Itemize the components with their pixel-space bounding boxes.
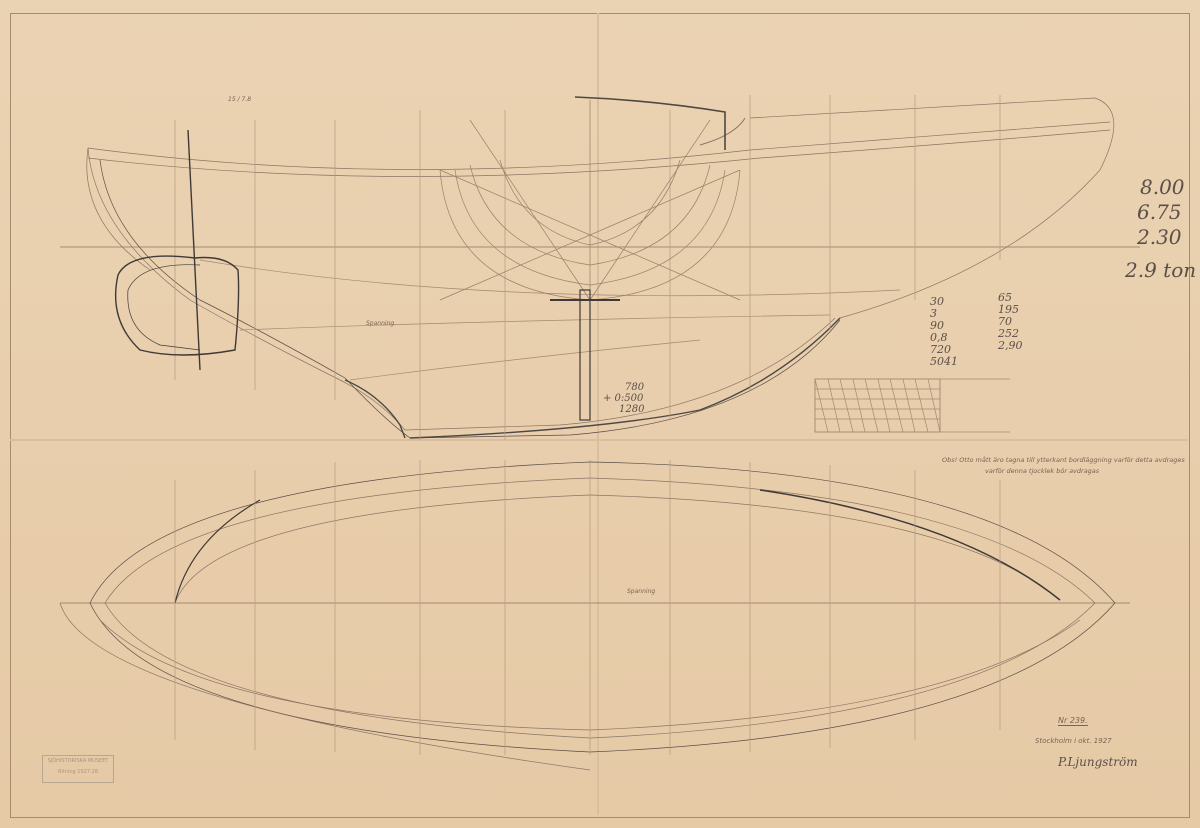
archive-stamp: SJÖHISTORISKA MUSEET Ritning 1927:28 [42,755,114,783]
drawing-number: Nr 239. [1058,716,1088,726]
stamp-line: SJÖHISTORISKA MUSEET [43,756,113,767]
beam-dim: 2.30 [1137,225,1182,249]
lines-plan-drawing [0,0,1200,828]
note-line-1: Obs! Otto mått äro tagna till ytterkant … [942,456,1185,464]
fraction-note: 15 / 7.8 [228,96,251,103]
note-line-2: varför denna tjocklek bör avdragas [985,467,1099,475]
loa-dim: 8.00 [1140,175,1185,199]
calc-line: 5041 [930,356,970,368]
signature: P.Ljungström [1058,755,1138,769]
calc-left: 30 3 90 0,8 720 5041 [930,296,970,368]
calc-right: 65 195 70 252 2,90 [998,292,1038,352]
calc-line: + 0:500 [603,393,644,404]
plan-sheer-label: Spanning [627,588,655,595]
ballast-calc: 780 + 0:500 1280 [603,382,644,415]
calc-line: 1280 [603,404,644,415]
lwl-dim: 6.75 [1137,200,1182,224]
displacement-dim: 2.9 ton [1125,258,1196,282]
calc-line: 780 [603,382,644,393]
drawing-sheet: 15 / 7.8 8.00 6.75 2.30 2.9 ton 30 3 90 … [0,0,1200,828]
calc-line: 2,90 [998,340,1038,352]
place-date: Stockholm i okt. 1927 [1035,737,1112,745]
stamp-line: Ritning 1927:28 [43,767,113,778]
sheer-label: Spanning [366,320,394,327]
